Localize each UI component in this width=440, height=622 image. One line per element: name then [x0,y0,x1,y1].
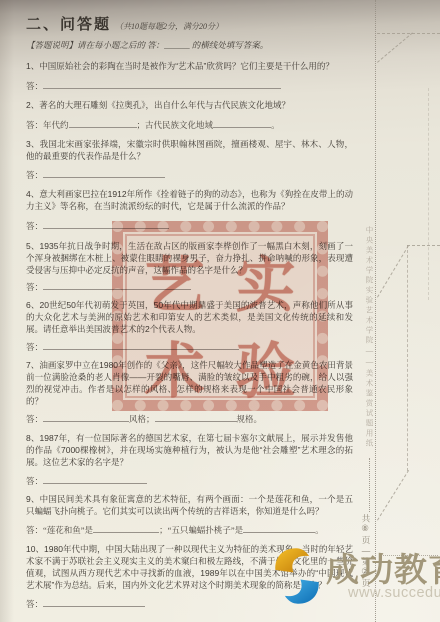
section-title: 二、问答题 [26,13,111,34]
answer-blank [155,413,237,422]
answer-label: 答： [26,170,43,180]
seal-watermark: 艺 实 术 验 [112,221,328,411]
answer-label: 答： [26,342,43,352]
answer-sub-label: “五只蝙蝠扑桃子”是 [168,525,244,535]
answer-period: 。 [271,120,280,130]
answer-blank [43,475,147,484]
seal-char: 艺 [129,238,220,324]
cut-mark-diagonal-top [377,32,413,62]
answer-blank [43,169,165,178]
answer-label: 答： [26,414,43,424]
section-meta: （共10题每题2分，满分20分） [115,21,223,32]
cut-mark-diagonal-bottom [377,470,409,521]
answer-blank [93,524,159,533]
answer-label: 答： [26,282,43,292]
answer-label: 答： [26,476,43,486]
answer-sub-label: 规格。 [237,414,263,424]
answer-label: 答： [26,221,43,231]
answer-sub-label: “莲花和鱼”是 [43,525,93,535]
answer-separator: ； [137,120,146,130]
answer-blank [243,524,315,533]
fold-line-vertical-2 [428,88,429,300]
answer-sub-label: 古代民族文化地域 [145,120,213,130]
cut-mark-diagonal-mid [377,246,409,298]
answer-blank [43,413,129,422]
succedu-logo-icon [271,546,323,606]
answer-line: 答： [26,80,353,92]
answer-line: 答： [26,169,353,181]
cut-mark-mid [407,245,440,246]
fold-line-vertical [375,0,376,622]
answer-label: 答： [26,81,43,91]
cut-line-mid [407,245,408,471]
question-text: 3、我国北宋画家张择端，宋徽宗时供职翰林图画院，擅画楼观、屋宇、林木、人物，他的… [26,138,353,162]
question-text: 9、中国民间美术具有象征寓意的艺术特征，有两个画面：一个是莲花和鱼，一个是五只蝙… [26,493,353,517]
seal-char: 实 [220,238,311,324]
question-text: 1、中国原始社会的彩陶在当时是被作为“艺术品”欣赏吗？它们主要是干什么用的？ [26,60,353,72]
question-text: 4、意大利画家巴拉在1912年所作《拴着链子的狗的动态》，也称为《狗拴在皮带上的… [26,188,353,212]
answer-blank [43,598,145,607]
answer-line: 答：风格；规格。 [26,413,353,425]
seal-char: 术 [129,324,220,410]
brand-name: 成功教育 [326,552,440,588]
answer-line: 答：年代约；古代民族文化地域。 [26,119,353,131]
question-text: 2、著名的大理石雕刻《拉奥孔》，出自什么年代与古代民族文化地域？ [26,99,353,111]
answer-line: 答： [26,475,353,487]
section-header: 二、问答题 （共10题每题2分，满分20分） [26,13,353,34]
scanned-exam-page: 中央美术学院实验艺术学院——美术鉴赏试题用纸 共⑧页—第②页 艺 实 术 验 二… [0,0,440,622]
answer-label: 答： [26,120,43,130]
answer-label: 答： [26,525,43,535]
answer-line: 答：“莲花和鱼”是；“五只蝙蝠扑桃子”是。 [26,524,353,536]
brand-watermark: 成功教育 www.succedu.com [271,546,440,606]
margin-dotted-connector [369,458,370,512]
answer-sub-label: 年代约 [43,120,69,130]
question-text: 8、1987年，有一位国际著名的德国艺术家，在第七届卡塞尔文献展上，展示并发售他… [26,432,353,468]
seal-char: 验 [220,324,311,410]
answer-blank [213,119,271,128]
answer-period: 。 [315,525,324,535]
instruction-note: 【答题说明】请在每小题之后的 答：______ 的横线处填写答案。 [26,39,353,51]
answer-separator: ； [159,525,168,535]
brand-text-block: 成功教育 www.succedu.com [326,552,440,601]
margin-school-text: 中央美术学院实验艺术学院——美术鉴赏试题用纸 [364,226,375,449]
answer-blank [69,119,137,128]
answer-sub-label: 风格； [129,414,155,424]
answer-blank [43,80,281,89]
seal-characters: 艺 实 术 验 [129,238,311,394]
answer-label: 答： [26,599,43,609]
